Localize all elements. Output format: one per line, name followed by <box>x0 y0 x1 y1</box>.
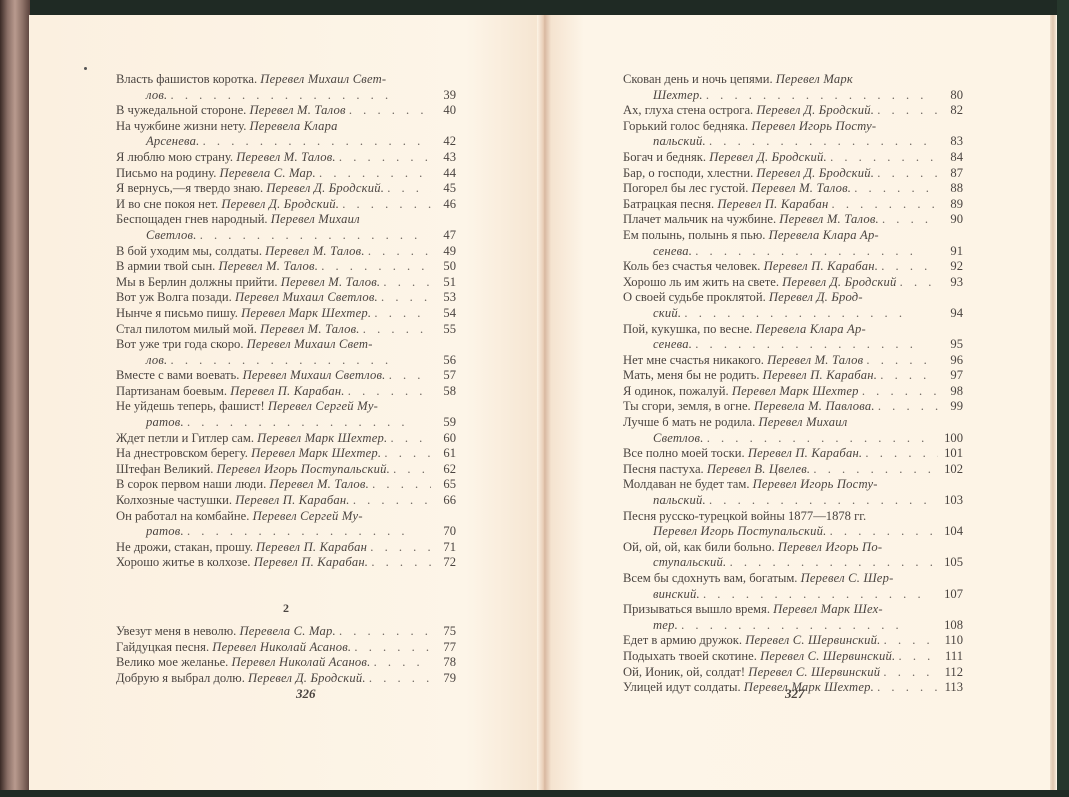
entry-page-number: 40 <box>426 103 456 119</box>
entry-page-number: 82 <box>933 103 963 119</box>
leader-dots: . . . . . . . . . . . . . . . . <box>363 322 431 336</box>
entry-title: Я люблю мою страну. <box>116 150 233 164</box>
leader-dots: . . . . . . . . . . . . . . . . <box>877 166 938 180</box>
entry-title: Ты сгори, земля, в огне. <box>623 399 751 413</box>
entry-page-number: 61 <box>426 446 456 462</box>
leader-dots: . . . . . . . . . . . . . . . . <box>187 415 409 429</box>
toc-entry: Ой, ой, ой, как били больно. Перевел Иго… <box>623 540 963 571</box>
entry-page-number: 87 <box>933 166 963 182</box>
entry-translator: Перевел П. Карабан. <box>763 368 877 382</box>
entry-translator: Перевел М. Талов. <box>281 275 381 289</box>
entry-translator: Перевел С. Шер- <box>801 571 894 585</box>
toc-entry: На чужбине жизни нету. Перевела КлараАрс… <box>116 119 456 150</box>
toc-entry: Песня пастуха. Перевел В. Цвелев. . . . … <box>623 462 963 478</box>
entry-page-number: 60 <box>426 431 456 447</box>
toc-entry: Штефан Великий. Перевел Игорь Поступальс… <box>116 462 456 478</box>
toc-entry: В сорок первом наши люди. Перевел М. Тал… <box>116 477 456 493</box>
toc-entry: В армии твой сын. Перевел М. Талов. . . … <box>116 259 456 275</box>
entry-page-number: 79 <box>426 671 456 687</box>
entry-page-number: 66 <box>426 493 456 509</box>
entry-title: Не уйдешь теперь, фашист! <box>116 399 265 413</box>
entry-page-number: 43 <box>426 150 456 166</box>
entry-title: Вот уже три года скоро. <box>116 337 243 351</box>
entry-page-number: 54 <box>426 306 456 322</box>
toc-entry: Он работал на комбайне. Перевел Сергей М… <box>116 509 456 540</box>
entry-page-number: 111 <box>933 649 963 665</box>
entry-translator: Перевел П. Карабан. <box>230 384 344 398</box>
entry-title: В сорок первом наши люди. <box>116 477 266 491</box>
leader-dots: . . . . . . . . . . . . . . . . <box>830 150 938 164</box>
entry-translator: Перевел М. Талов <box>249 103 345 117</box>
toc-entry: Ждет петли и Гитлер сам. Перевел Марк Ше… <box>116 431 456 447</box>
leader-dots: . . . . . . . . . . . . . . . . <box>384 446 431 460</box>
entry-translator: Перевел П. Карабан. <box>254 555 368 569</box>
entry-page-number: 78 <box>426 655 456 671</box>
entry-title: Скован день и ночь цепями. <box>623 72 773 86</box>
leader-dots: . . . . . . . . . . . . . . . . <box>883 665 938 679</box>
leader-dots: . . . . . . . . . . . . . . . . <box>368 244 431 258</box>
entry-title: Ой, ой, ой, как били больно. <box>623 540 775 554</box>
toc-entry: Не уйдешь теперь, фашист! Перевел Сергей… <box>116 399 456 430</box>
entry-title: В бой уходим мы, солдаты. <box>116 244 262 258</box>
leader-dots: . . . . . . . . . . . . . . . . <box>730 555 938 569</box>
leader-dots: . . . . . . . . . . . . . . . . <box>369 671 431 685</box>
toc-entry: Колхозные частушки. Перевел П. Карабан. … <box>116 493 456 509</box>
entry-page-number: 90 <box>933 212 963 228</box>
entry-page-number: 96 <box>933 353 963 369</box>
entry-page-number: 49 <box>426 244 456 260</box>
entry-translator: Перевел Николай Асанов. <box>231 655 370 669</box>
entry-translator: Перевел П. Карабан. <box>748 446 862 460</box>
leader-dots: . . . . . . . . . . . . . . . . <box>389 368 431 382</box>
entry-title: Ах, глуха стена острога. <box>623 103 753 117</box>
entry-page-number: 70 <box>426 524 456 540</box>
toc-entry: Пой, кукушка, по весне. Перевела Клара А… <box>623 322 963 353</box>
toc-entry: Ем полынь, полынь я пью. Перевела Клара … <box>623 228 963 259</box>
entry-page-number: 46 <box>426 197 456 213</box>
entry-title: Плачет мальчик на чужбине. <box>623 212 776 226</box>
toc-entry: В чужедальной стороне. Перевел М. Талов … <box>116 103 456 119</box>
leader-dots: . . . . . . . . . . . . . . . . <box>707 431 929 445</box>
entry-page-number: 47 <box>426 228 456 244</box>
entry-title: Беспощаден гнев народный. <box>116 212 268 226</box>
toc-entry: Скован день и ночь цепями. Перевел МаркШ… <box>623 72 963 103</box>
leader-dots: . . . . . . . . . . . . . . . . <box>882 212 938 226</box>
entry-page-number: 92 <box>933 259 963 275</box>
entry-title: Мать, меня бы не родить. <box>623 368 760 382</box>
entry-page-number: 91 <box>933 244 963 260</box>
toc-entry: Ах, глуха стена острога. Перевел Д. Брод… <box>623 103 963 119</box>
entry-translator: Перевел Михаил Свет- <box>260 72 386 86</box>
leader-dots: . . . . . . . . . . . . . . . . <box>383 275 431 289</box>
entry-page-number: 97 <box>933 368 963 384</box>
entry-translator: Перевел Марк <box>776 72 853 86</box>
entry-title: Колхозные частушки. <box>116 493 232 507</box>
entry-page-number: 62 <box>426 462 456 478</box>
toc-entry: Горький голос бедняка. Перевел Игорь Пос… <box>623 119 963 150</box>
toc-entry: Плачет мальчик на чужбине. Перевел М. Та… <box>623 212 963 228</box>
entry-translator: Перевел М. Талов. <box>269 477 369 491</box>
entry-translator: Перевел Михаил <box>271 212 360 226</box>
entry-title: В чужедальной стороне. <box>116 103 246 117</box>
entry-title: Ждет петли и Гитлер сам. <box>116 431 254 445</box>
entry-page-number: 104 <box>933 524 963 540</box>
entry-page-number: 113 <box>933 680 963 696</box>
entry-translator-continued: тер. <box>653 618 678 632</box>
entry-title: Батрацкая песня. <box>623 197 714 211</box>
leader-dots: . . . . . . . . . . . . . . . . <box>342 197 431 211</box>
book-cover-top-edge <box>0 0 1069 15</box>
leader-dots: . . . . . . . . . . . . . . . . <box>374 306 431 320</box>
toc-entry: О своей судьбе проклятой. Перевел Д. Бро… <box>623 290 963 321</box>
entry-title: Едет в армию дружок. <box>623 633 742 647</box>
entry-translator-continued: ратов. <box>146 524 184 538</box>
toc-entry: На днестровском берегу. Перевел Марк Шех… <box>116 446 456 462</box>
toc-entry: Погорел бы лес густой. Перевел М. Талов.… <box>623 181 963 197</box>
entry-translator: Перевел Марк Шехтер. <box>241 306 371 320</box>
toc-entry: Коль без счастья человек. Перевел П. Кар… <box>623 259 963 275</box>
toc-entry: Нет мне счастья никакого. Перевел М. Тал… <box>623 353 963 369</box>
entry-translator-continued: винский. <box>653 587 700 601</box>
entry-page-number: 99 <box>933 399 963 415</box>
entry-translator: Перевел Д. Брод- <box>769 290 863 304</box>
toc-entry: Лучше б мать не родила. Перевел МихаилСв… <box>623 415 963 446</box>
entry-translator: Перевел Марк Шехтер. <box>251 446 381 460</box>
entry-translator-continued: Светлов. <box>653 431 704 445</box>
leader-dots: . . . . . . . . . . . . . . . . <box>884 633 938 647</box>
entry-page-number: 88 <box>933 181 963 197</box>
leader-dots: . . . . . . . . . . . . . . . . <box>321 259 431 273</box>
toc-entry: Власть фашистов коротка. Перевел Михаил … <box>116 72 456 103</box>
entry-title: И во сне покоя нет. <box>116 197 218 211</box>
entry-page-number: 51 <box>426 275 456 291</box>
entry-translator: Перевел П. Карабан. <box>764 259 878 273</box>
book-cover-right-edge <box>1057 0 1069 797</box>
entry-title: Коль без счастья человек. <box>623 259 760 273</box>
entry-title: Власть фашистов коротка. <box>116 72 257 86</box>
toc-entry: Гайдуцкая песня. Перевел Николай Асанов.… <box>116 640 456 656</box>
entry-title: Добрую я выбрал долю. <box>116 671 245 685</box>
entry-page-number: 112 <box>933 665 963 681</box>
entry-translator: Перевел Игорь Посту- <box>753 477 878 491</box>
toc-entry: Призываться вышло время. Перевел Марк Ше… <box>623 602 963 633</box>
toc-entry: Вместе с вами воевать. Перевел Михаил Св… <box>116 368 456 384</box>
entry-translator-continued: Перевел Игорь Поступальский. <box>653 524 826 538</box>
leader-dots: . . . . . . . . . . . . . . . . <box>830 524 938 538</box>
entry-translator: Перевела Клара Ар- <box>769 228 879 242</box>
entry-page-number: 65 <box>426 477 456 493</box>
entry-title: Хорошо ль им жить на свете. <box>623 275 779 289</box>
entry-translator: Перевел Михаил <box>758 415 847 429</box>
entry-translator: Перевел В. Цвелев. <box>707 462 810 476</box>
page-stack-edge <box>1050 15 1056 790</box>
entry-title: Гайдуцкая песня. <box>116 640 209 654</box>
entry-translator: Перевел М. Талов. <box>260 322 360 336</box>
toc-entry: Вот уж Волга позади. Перевел Михаил Свет… <box>116 290 456 306</box>
entry-page-number: 80 <box>933 88 963 104</box>
toc-entry: Нынче я письмо пишу. Перевел Марк Шехтер… <box>116 306 456 322</box>
leader-dots: . . . . . . . . . . . . . . . . <box>832 197 938 211</box>
toc-entry: Мать, меня бы не родить. Перевел П. Кара… <box>623 368 963 384</box>
entry-translator: Перевел Игорь Посту- <box>751 119 876 133</box>
entry-page-number: 102 <box>933 462 963 478</box>
entry-translator: Перевел Сергей Му- <box>253 509 363 523</box>
entry-translator: Перевела М. Павлова. <box>754 399 875 413</box>
toc-entry: Едет в армию дружок. Перевел С. Шервинск… <box>623 633 963 649</box>
entry-page-number: 45 <box>426 181 456 197</box>
leader-dots: . . . . . . . . . . . . . . . . <box>387 181 431 195</box>
entry-translator: Перевел М. Талов. <box>779 212 879 226</box>
toc-entry: Молдаван не будет там. Перевел Игорь Пос… <box>623 477 963 508</box>
toc-entry: Письмо на родину. Перевела С. Мар. . . .… <box>116 166 456 182</box>
entry-translator: Перевел Игорь Поступальский. <box>217 462 390 476</box>
entry-page-number: 44 <box>426 166 456 182</box>
page-number-right: 327 <box>785 686 805 702</box>
toc-entry: Добрую я выбрал долю. Перевел Д. Бродски… <box>116 671 456 687</box>
entry-title: Я вернусь,—я твердо знаю. <box>116 181 263 195</box>
toc-entry: Я люблю мою страну. Перевел М. Талов. . … <box>116 150 456 166</box>
entry-page-number: 71 <box>426 540 456 556</box>
leader-dots: . . . . . . . . . . . . . . . . <box>372 477 431 491</box>
entry-translator: Перевел М. Талов. <box>752 181 852 195</box>
leader-dots: . . . . . . . . . . . . . . . . <box>703 587 925 601</box>
entry-translator: Перевел Марк Шехтер <box>732 384 859 398</box>
entry-translator: Перевел П. Карабан <box>256 540 367 554</box>
toc-entry: Я вернусь,—я твердо знаю. Перевел Д. Бро… <box>116 181 456 197</box>
entry-translator: Перевел Д. Бродский. <box>248 671 366 685</box>
entry-title: Он работал на комбайне. <box>116 509 249 523</box>
entry-page-number: 105 <box>933 555 963 571</box>
entry-title: Нынче я письмо пишу. <box>116 306 238 320</box>
entry-title: Пой, кукушка, по весне. <box>623 322 752 336</box>
entry-page-number: 89 <box>933 197 963 213</box>
entry-page-number: 110 <box>933 633 963 649</box>
entry-title: Мы в Берлин должны прийти. <box>116 275 278 289</box>
entry-translator: Перевел Игорь По- <box>778 540 882 554</box>
toc-entry: И во сне покоя нет. Перевел Д. Бродский.… <box>116 197 456 213</box>
leader-dots: . . . . . . . . . . . . . . . . <box>381 290 431 304</box>
entry-title: Штефан Великий. <box>116 462 213 476</box>
entry-title: На чужбине жизни нету. <box>116 119 246 133</box>
leader-dots: . . . . . . . . . . . . . . . . <box>187 524 409 538</box>
entry-title: О своей судьбе проклятой. <box>623 290 766 304</box>
entry-translator: Перевел М. Талов <box>767 353 863 367</box>
paper-speck <box>84 67 87 70</box>
entry-title: Хорошо житье в колхозе. <box>116 555 251 569</box>
leader-dots: . . . . . . . . . . . . . . . . <box>354 640 431 654</box>
page-number-left: 326 <box>296 686 316 702</box>
toc-entry: Всем бы сдохнуть вам, богатым. Перевел С… <box>623 571 963 602</box>
toc-entry: Батрацкая песня. Перевел П. Карабан . . … <box>623 197 963 213</box>
entry-page-number: 98 <box>933 384 963 400</box>
entry-title: Всем бы сдохнуть вам, богатым. <box>623 571 797 585</box>
toc-entry: Все полно моей тоски. Перевел П. Карабан… <box>623 446 963 462</box>
entry-title: Стал пилотом милый мой. <box>116 322 257 336</box>
entry-page-number: 95 <box>933 337 963 353</box>
entry-translator: Перевел Д. Бродский. <box>221 197 339 211</box>
entry-title: Улицей идут солдаты. <box>623 680 741 694</box>
leader-dots: . . . . . . . . . . . . . . . . <box>881 259 938 273</box>
entry-translator: Перевела Клара Ар- <box>756 322 866 336</box>
entry-translator: Перевел Николай Асанов. <box>212 640 351 654</box>
entry-page-number: 77 <box>426 640 456 656</box>
entry-translator-continued: лов. <box>146 353 167 367</box>
entry-translator: Перевел Сергей Му- <box>268 399 378 413</box>
leader-dots: . . . . . . . . . . . . . . . . <box>709 493 931 507</box>
leader-dots: . . . . . . . . . . . . . . . . <box>878 399 938 413</box>
toc-entry: Ой, Ионик, ой, солдат! Перевел С. Шервин… <box>623 665 963 681</box>
entry-title: Увезут меня в неволю. <box>116 624 236 638</box>
toc-entry: Хорошо ль им жить на свете. Перевел Д. Б… <box>623 275 963 291</box>
toc-entry: Беспощаден гнев народный. Перевел Михаил… <box>116 212 456 243</box>
toc-entry: Стал пилотом милый мой. Перевел М. Талов… <box>116 322 456 338</box>
entry-page-number: 55 <box>426 322 456 338</box>
entry-page-number: 75 <box>426 624 456 640</box>
leader-dots: . . . . . . . . . . . . . . . . <box>391 431 431 445</box>
entry-page-number: 103 <box>933 493 963 509</box>
book-spine-left <box>0 0 30 797</box>
leader-dots: . . . . . . . . . . . . . . . . <box>371 555 431 569</box>
entry-page-number: 72 <box>426 555 456 571</box>
entry-title: Подыхать твоей скотине. <box>623 649 757 663</box>
entry-translator-continued: ратов. <box>146 415 184 429</box>
table-of-contents-left: Власть фашистов коротка. Перевел Михаил … <box>116 72 456 686</box>
table-of-contents-right: Скован день и ночь цепями. Перевел МаркШ… <box>623 72 963 696</box>
leader-dots: . . . . . . . . . . . . . . . . <box>203 134 425 148</box>
entry-translator-continued: Шехтер. <box>653 88 703 102</box>
entry-page-number: 101 <box>933 446 963 462</box>
entry-title: Я одинок, пожалуй. <box>623 384 729 398</box>
leader-dots: . . . . . . . . . . . . . . . . <box>695 337 917 351</box>
entry-page-number: 107 <box>933 587 963 603</box>
book-gutter <box>537 15 551 790</box>
leader-dots: . . . . . . . . . . . . . . . . <box>348 384 431 398</box>
entry-title: Бар, о господи, хлестни. <box>623 166 753 180</box>
entry-title: Нет мне счастья никакого. <box>623 353 764 367</box>
entry-title: Призываться вышло время. <box>623 602 770 616</box>
entry-translator-continued: пальский. <box>653 134 706 148</box>
toc-entry: Подыхать твоей скотине. Перевел С. Шерви… <box>623 649 963 665</box>
leader-dots: . . . . . . . . . . . . . . . . <box>319 166 431 180</box>
leader-dots: . . . . . . . . . . . . . . . . <box>866 353 938 367</box>
entry-title: Ой, Ионик, ой, солдат! <box>623 665 745 679</box>
entry-translator-continued: Арсенева. <box>146 134 199 148</box>
leader-dots: . . . . . . . . . . . . . . . . <box>171 353 393 367</box>
entry-title: Вот уж Волга позади. <box>116 290 232 304</box>
leader-dots: . . . . . . . . . . . . . . . . <box>681 618 903 632</box>
entry-translator: Перевел П. Карабан. <box>235 493 349 507</box>
entry-title: Молдаван не будет там. <box>623 477 749 491</box>
leader-dots: . . . . . . . . . . . . . . . . <box>862 384 938 398</box>
leader-dots: . . . . . . . . . . . . . . . . <box>684 306 906 320</box>
entry-translator: Перевел Д. Бродский. <box>756 166 874 180</box>
toc-entry: Хорошо житье в колхозе. Перевел П. Караб… <box>116 555 456 571</box>
entry-title: Велико мое желанье. <box>116 655 228 669</box>
entry-translator-continued: лов. <box>146 88 167 102</box>
entry-translator: Перевел Марк Шехтер. <box>257 431 387 445</box>
leader-dots: . . . . . . . . . . . . . . . . <box>349 103 431 117</box>
entry-translator: Перевел Д. Бродский. <box>756 103 874 117</box>
entry-title: Песня пастуха. <box>623 462 704 476</box>
entry-translator-continued: пальский. <box>653 493 706 507</box>
leader-dots: . . . . . . . . . . . . . . . . <box>880 368 938 382</box>
entry-page-number: 39 <box>426 88 456 104</box>
entry-translator: Перевел С. Шервинский. <box>745 633 880 647</box>
book-cover-bottom-edge <box>0 790 1069 797</box>
entry-translator: Перевел М. Талов. <box>265 244 365 258</box>
entry-translator-continued: Светлов. <box>146 228 197 242</box>
entry-translator: Перевела С. Мар. <box>220 166 316 180</box>
leader-dots: . . . . . . . . . . . . . . . . <box>339 150 431 164</box>
entry-page-number: 108 <box>933 618 963 634</box>
entry-translator-continued: сенева. <box>653 244 692 258</box>
entry-translator: Перевела С. Мар. <box>239 624 335 638</box>
leader-dots: . . . . . . . . . . . . . . . . <box>370 540 431 554</box>
entry-page-number: 94 <box>933 306 963 322</box>
entry-translator: Перевел Михаил Светлов. <box>235 290 378 304</box>
entry-page-number: 83 <box>933 134 963 150</box>
leader-dots: . . . . . . . . . . . . . . . . <box>374 655 431 669</box>
entry-title: Песня русско-турецкой войны 1877—1878 гг… <box>623 509 866 523</box>
toc-entry: Мы в Берлин должны прийти. Перевел М. Та… <box>116 275 456 291</box>
entry-translator: Перевел Д. Бродский. <box>709 150 827 164</box>
toc-entry: Богач и бедняк. Перевел Д. Бродский. . .… <box>623 150 963 166</box>
entry-translator: Перевел С. Шервинский. <box>760 649 895 663</box>
entry-translator: Перевел Марк Шех- <box>773 602 883 616</box>
entry-translator: Перевела Клара <box>250 119 338 133</box>
toc-entry: Вот уже три года скоро. Перевел Михаил С… <box>116 337 456 368</box>
toc-entry: Ты сгори, земля, в огне. Перевела М. Пав… <box>623 399 963 415</box>
entry-translator: Перевел С. Шервинский <box>748 665 880 679</box>
entry-title: Партизанам боевым. <box>116 384 227 398</box>
entry-page-number: 100 <box>933 431 963 447</box>
entry-title: Вместе с вами воевать. <box>116 368 239 382</box>
entry-translator: Перевел Марк Шехтер. <box>744 680 874 694</box>
entry-page-number: 58 <box>426 384 456 400</box>
leader-dots: . . . . . . . . . . . . . . . . <box>353 493 431 507</box>
section-number: 2 <box>116 601 456 616</box>
toc-entry: Бар, о господи, хлестни. Перевел Д. Брод… <box>623 166 963 182</box>
entry-translator-continued: сенева. <box>653 337 692 351</box>
leader-dots: . . . . . . . . . . . . . . . . <box>877 680 938 694</box>
entry-translator: Перевел Михаил Светлов. <box>243 368 386 382</box>
entry-translator: Перевел П. Карабан <box>717 197 828 211</box>
entry-title: Горький голос бедняка. <box>623 119 748 133</box>
leader-dots: . . . . . . . . . . . . . . . . <box>171 88 393 102</box>
toc-entry: Увезут меня в неволю. Перевела С. Мар. .… <box>116 624 456 640</box>
entry-title: Ем полынь, полынь я пью. <box>623 228 765 242</box>
entry-translator-continued: ступальский. <box>653 555 726 569</box>
entry-title: Не дрожи, стакан, прошу. <box>116 540 253 554</box>
leader-dots: . . . . . . . . . . . . . . . . <box>200 228 422 242</box>
entry-page-number: 50 <box>426 259 456 275</box>
leader-dots: . . . . . . . . . . . . . . . . <box>339 624 431 638</box>
entry-title: Письмо на родину. <box>116 166 216 180</box>
entry-page-number: 59 <box>426 415 456 431</box>
leader-dots: . . . . . . . . . . . . . . . . <box>877 103 938 117</box>
entry-page-number: 56 <box>426 353 456 369</box>
toc-entry: Велико мое желанье. Перевел Николай Асан… <box>116 655 456 671</box>
toc-entry: В бой уходим мы, солдаты. Перевел М. Тал… <box>116 244 456 260</box>
leader-dots: . . . . . . . . . . . . . . . . <box>813 462 938 476</box>
entry-title: Погорел бы лес густой. <box>623 181 748 195</box>
leader-dots: . . . . . . . . . . . . . . . . <box>709 134 931 148</box>
entry-translator: Перевел М. Талов. <box>219 259 319 273</box>
entry-translator-continued: ский. <box>653 306 681 320</box>
toc-entry: Я одинок, пожалуй. Перевел Марк Шехтер .… <box>623 384 963 400</box>
entry-title: Лучше б мать не родила. <box>623 415 755 429</box>
entry-page-number: 53 <box>426 290 456 306</box>
